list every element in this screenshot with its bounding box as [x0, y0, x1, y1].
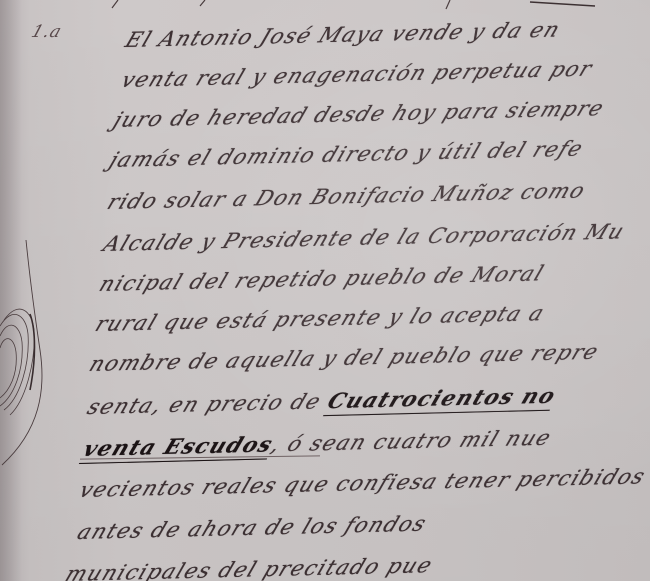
manuscript-line: Alcalde y Presidente de la Corporación M… — [100, 219, 629, 256]
manuscript-line: rural que está presente y lo acepta a — [92, 301, 549, 336]
manuscript-line: antes de ahora de los fondos — [74, 512, 431, 544]
manuscript-text-body: El Antonio José Maya vende y da en venta… — [0, 0, 650, 581]
manuscript-line: nombre de aquella y del pueblo que repre — [86, 340, 603, 376]
manuscript-line: El Antonio José Maya vende y da en — [122, 18, 564, 52]
price-equivalence-text: , ó sean cuatro mil nue — [268, 426, 556, 457]
price-preamble-text: senta, en precio de — [84, 389, 333, 419]
manuscript-line: venta real y enagenación perpetua por — [118, 57, 597, 92]
manuscript-line: juro de heredad desde hoy para siempre — [110, 96, 608, 132]
manuscript-line: jamás el dominio directo y útil del refe — [106, 137, 587, 172]
manuscript-line: municipales del precitado pue — [62, 553, 437, 581]
price-amount-underlined: Cuatrocientos no — [324, 383, 560, 413]
manuscript-line-price: senta, en precio de Cuatrocientos no — [84, 383, 560, 419]
manuscript-line: vecientos reales que confiesa tener perc… — [76, 464, 650, 502]
manuscript-line: rido solar a Don Bonifacio Muñoz como — [104, 178, 589, 214]
manuscript-line: nicipal del repetido pueblo de Moral — [96, 261, 548, 296]
manuscript-page: 1.a El Antonio José Maya vende y da en v… — [0, 0, 650, 581]
